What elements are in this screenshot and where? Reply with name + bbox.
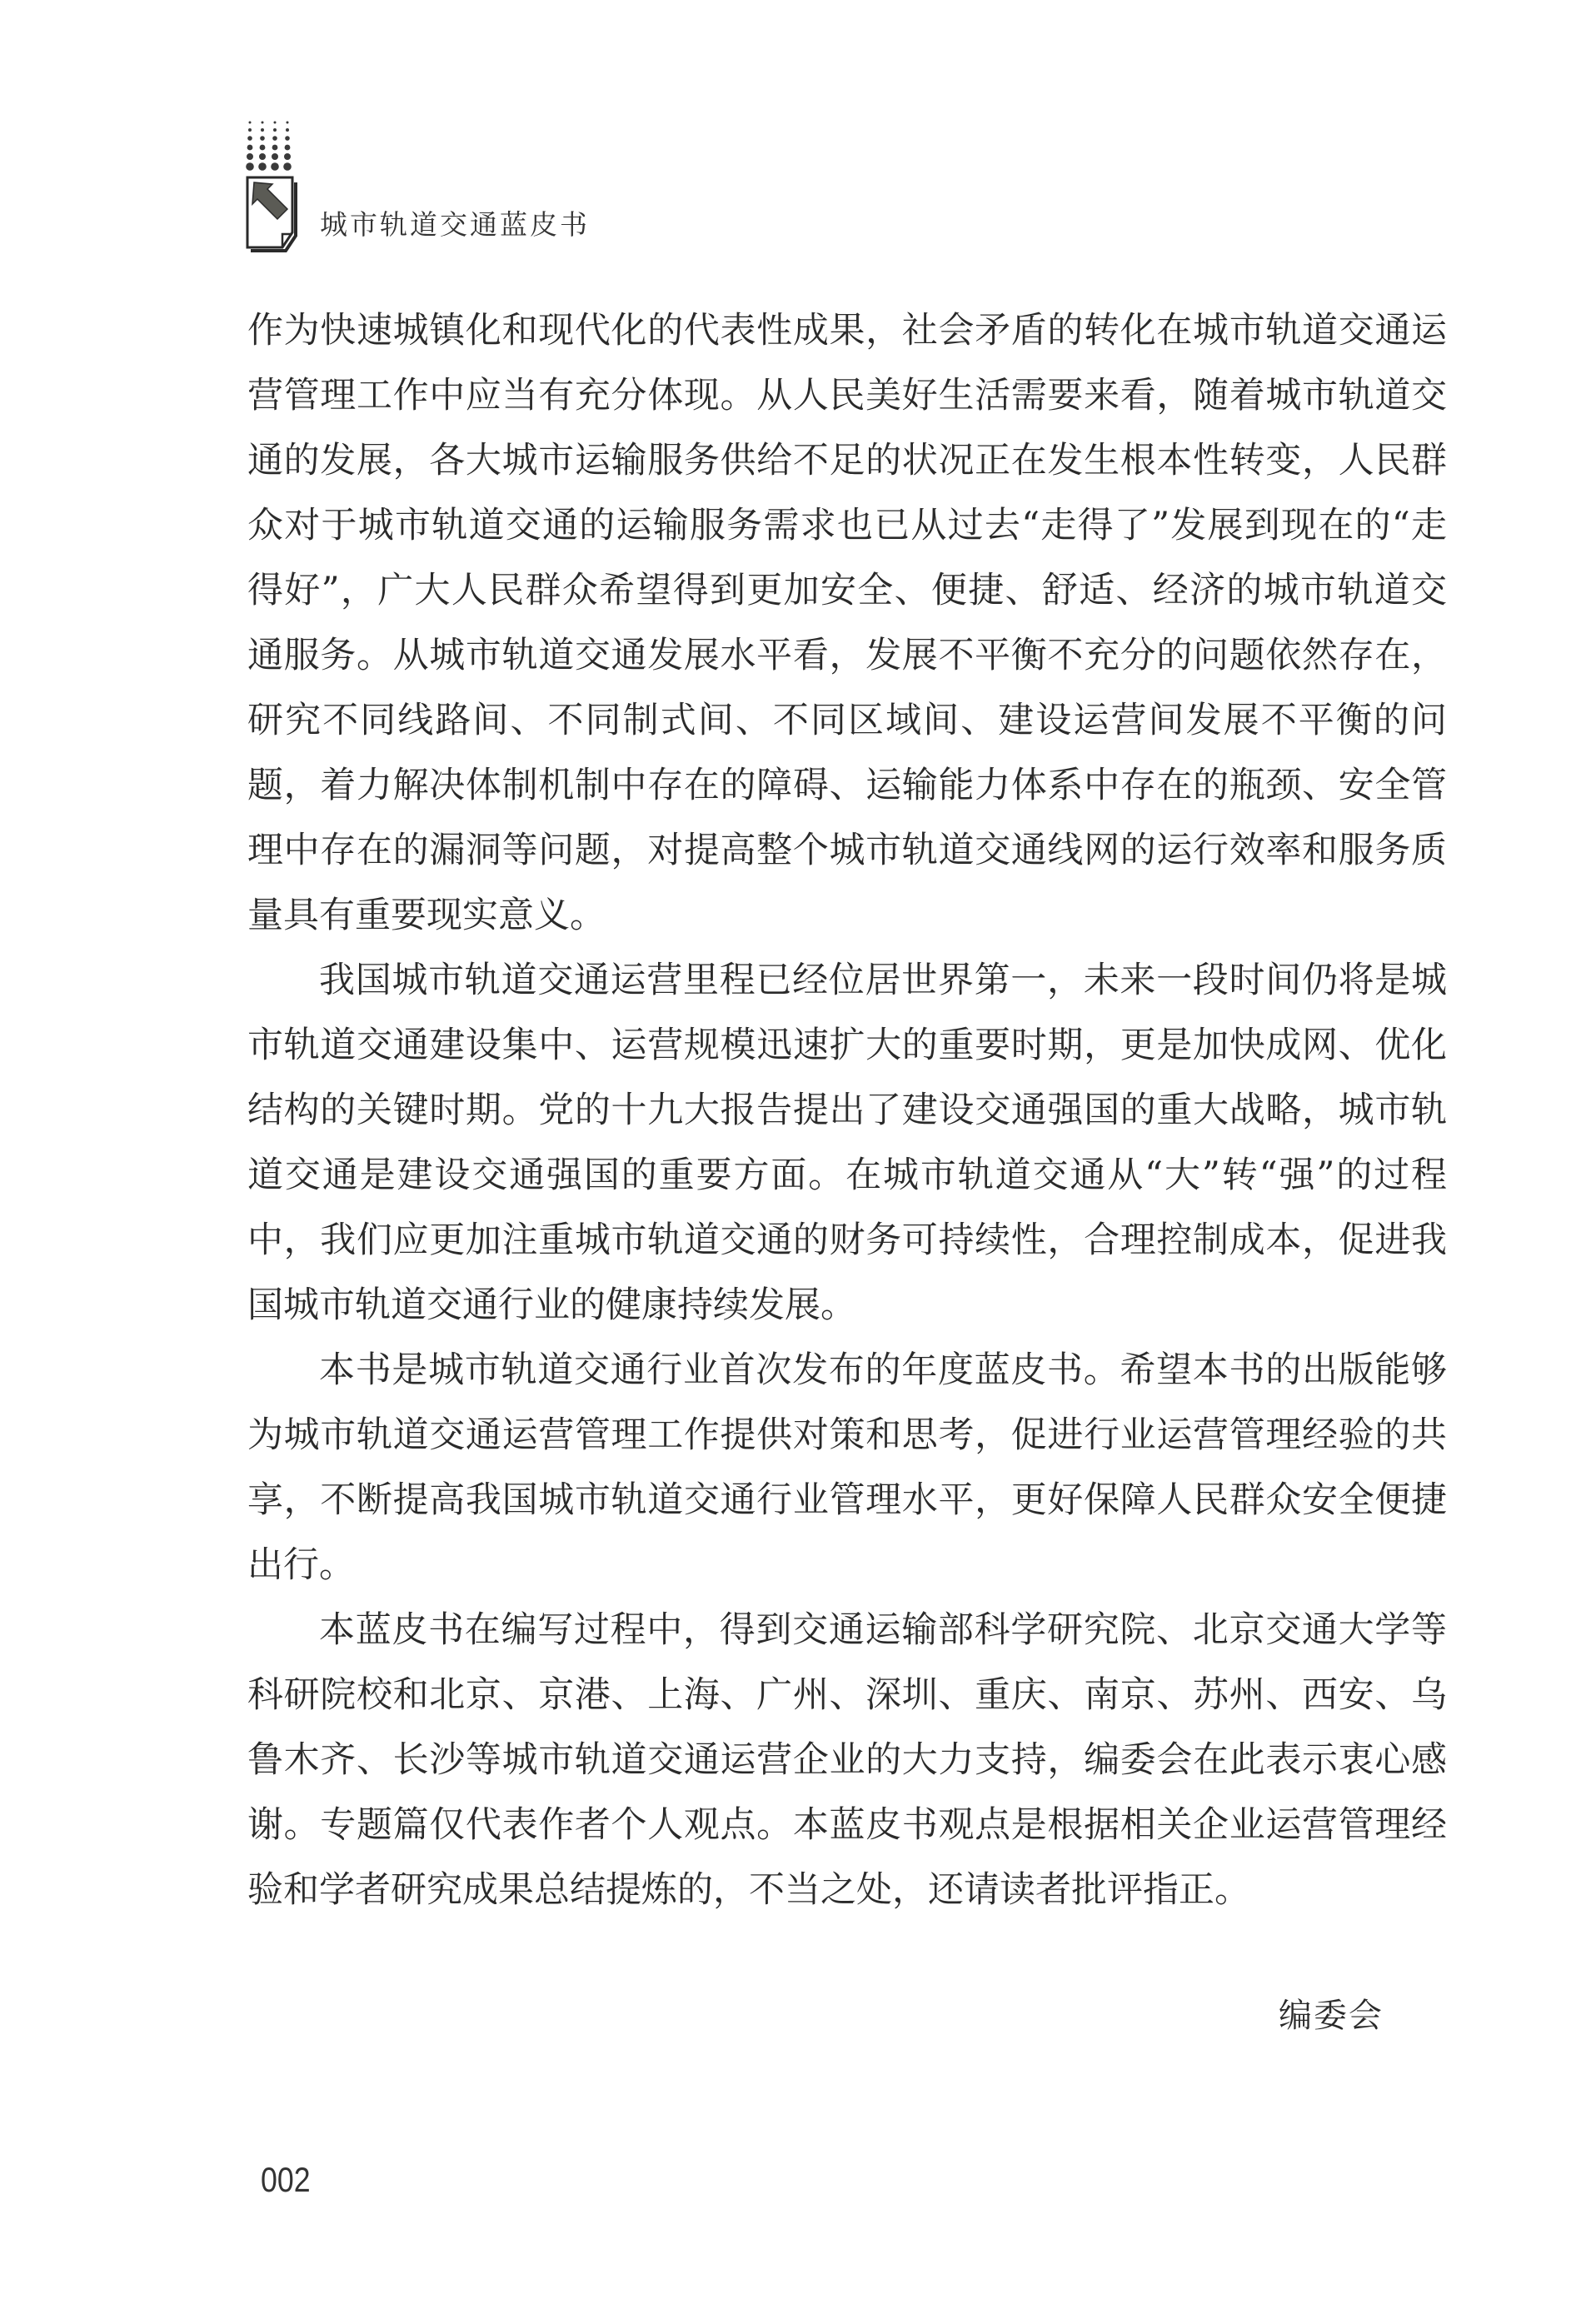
signature: 编委会 xyxy=(1279,1989,1384,2037)
paragraph: 作为快速城镇化和现代化的代表性成果，社会矛盾的转化在城市轨道交通运营管理工作中应… xyxy=(247,298,1447,948)
page-number: 002 xyxy=(261,2160,311,2200)
body-text: 作为快速城镇化和现代化的代表性成果，社会矛盾的转化在城市轨道交通运营管理工作中应… xyxy=(247,298,1447,1923)
paragraph: 我国城市轨道交通运营里程已经位居世界第一，未来一段时间仍将是城市轨道交通建设集中… xyxy=(247,948,1447,1338)
book-cursor-arrow-icon xyxy=(242,119,304,257)
paragraph: 本蓝皮书在编写过程中，得到交通运输部科学研究院、北京交通大学等科研院校和北京、京… xyxy=(247,1598,1447,1923)
paragraph: 本书是城市轨道交通行业首次发布的年度蓝皮书。希望本书的出版能够为城市轨道交通运营… xyxy=(247,1338,1447,1598)
document-page-icon xyxy=(244,174,299,254)
running-title: 城市轨道交通蓝皮书 xyxy=(320,203,590,242)
halftone-dots-icon xyxy=(242,119,300,171)
